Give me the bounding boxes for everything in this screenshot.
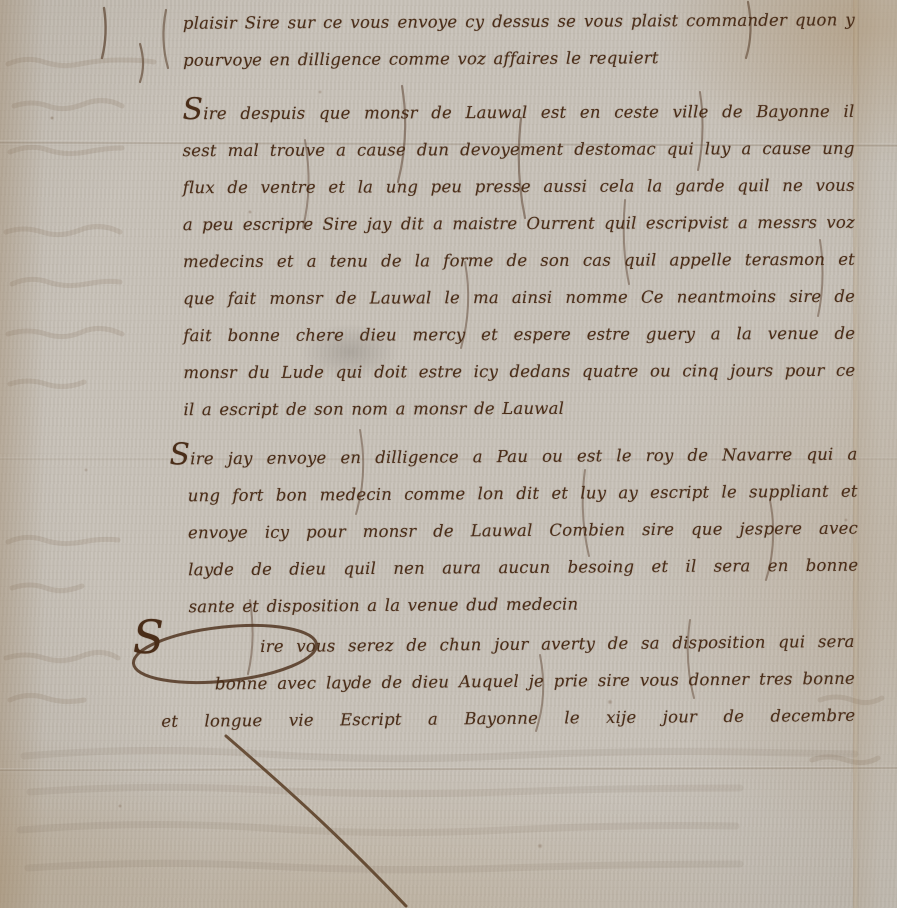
manuscript-line: plaisir Sire sur ce vous envoye cy dessu…	[183, 1, 855, 42]
manuscript-line: Sire vous serez de chun jour averty de s…	[133, 623, 855, 666]
manuscript-line: medecins et a tenu de la forme de son ca…	[183, 241, 855, 280]
manuscript-line: que fait monsr de Lauwal le ma ainsi nom…	[183, 278, 855, 317]
paragraph-2: Sire despuis que monsr de Lauwal est en …	[182, 93, 855, 428]
manuscript-line: et longue vie Escript a Bayonne le xije …	[133, 697, 855, 740]
manuscript-line: monsr du Lude qui doit estre icy dedans …	[183, 352, 855, 391]
paragraph-3: Sire jay envoye en dilligence a Pau ou e…	[169, 436, 858, 626]
manuscript-line: pourvoye en dilligence comme voz affaire…	[183, 38, 855, 79]
manuscript-line: bonne avec layde de dieu Auquel je prie …	[133, 660, 855, 703]
manuscript-line: sante et disposition a la venue dud mede…	[170, 584, 858, 626]
manuscript-line: fait bonne chere dieu mercy et espere es…	[183, 315, 855, 354]
manuscript-line: Sire despuis que monsr de Lauwal est en …	[182, 93, 854, 132]
manuscript-line: layde de dieu quil nen aura aucun besoin…	[170, 547, 858, 589]
paragraph-4: Sire vous serez de chun jour averty de s…	[133, 623, 856, 740]
manuscript-line: a peu escripre Sire jay dit a maistre Ou…	[183, 204, 855, 243]
manuscript-line: ung fort bon medecin comme lon dit et lu…	[170, 473, 858, 515]
paragraph-1: plaisir Sire sur ce vous envoye cy dessu…	[183, 1, 855, 79]
manuscript-line: envoye icy pour monsr de Lauwal Combien …	[170, 510, 858, 552]
manuscript-line: il a escript de son nom a monsr de Lauwa…	[183, 389, 855, 428]
manuscript-text: plaisir Sire sur ce vous envoye cy dessu…	[0, 0, 897, 908]
manuscript-line: Sire jay envoye en dilligence a Pau ou e…	[169, 436, 857, 478]
manuscript-line: sest mal trouve a cause dun devoyement d…	[183, 130, 855, 169]
manuscript-line: flux de ventre et la ung peu presse auss…	[183, 167, 855, 206]
manuscript-letter-photo: plaisir Sire sur ce vous envoye cy dessu…	[0, 0, 897, 908]
